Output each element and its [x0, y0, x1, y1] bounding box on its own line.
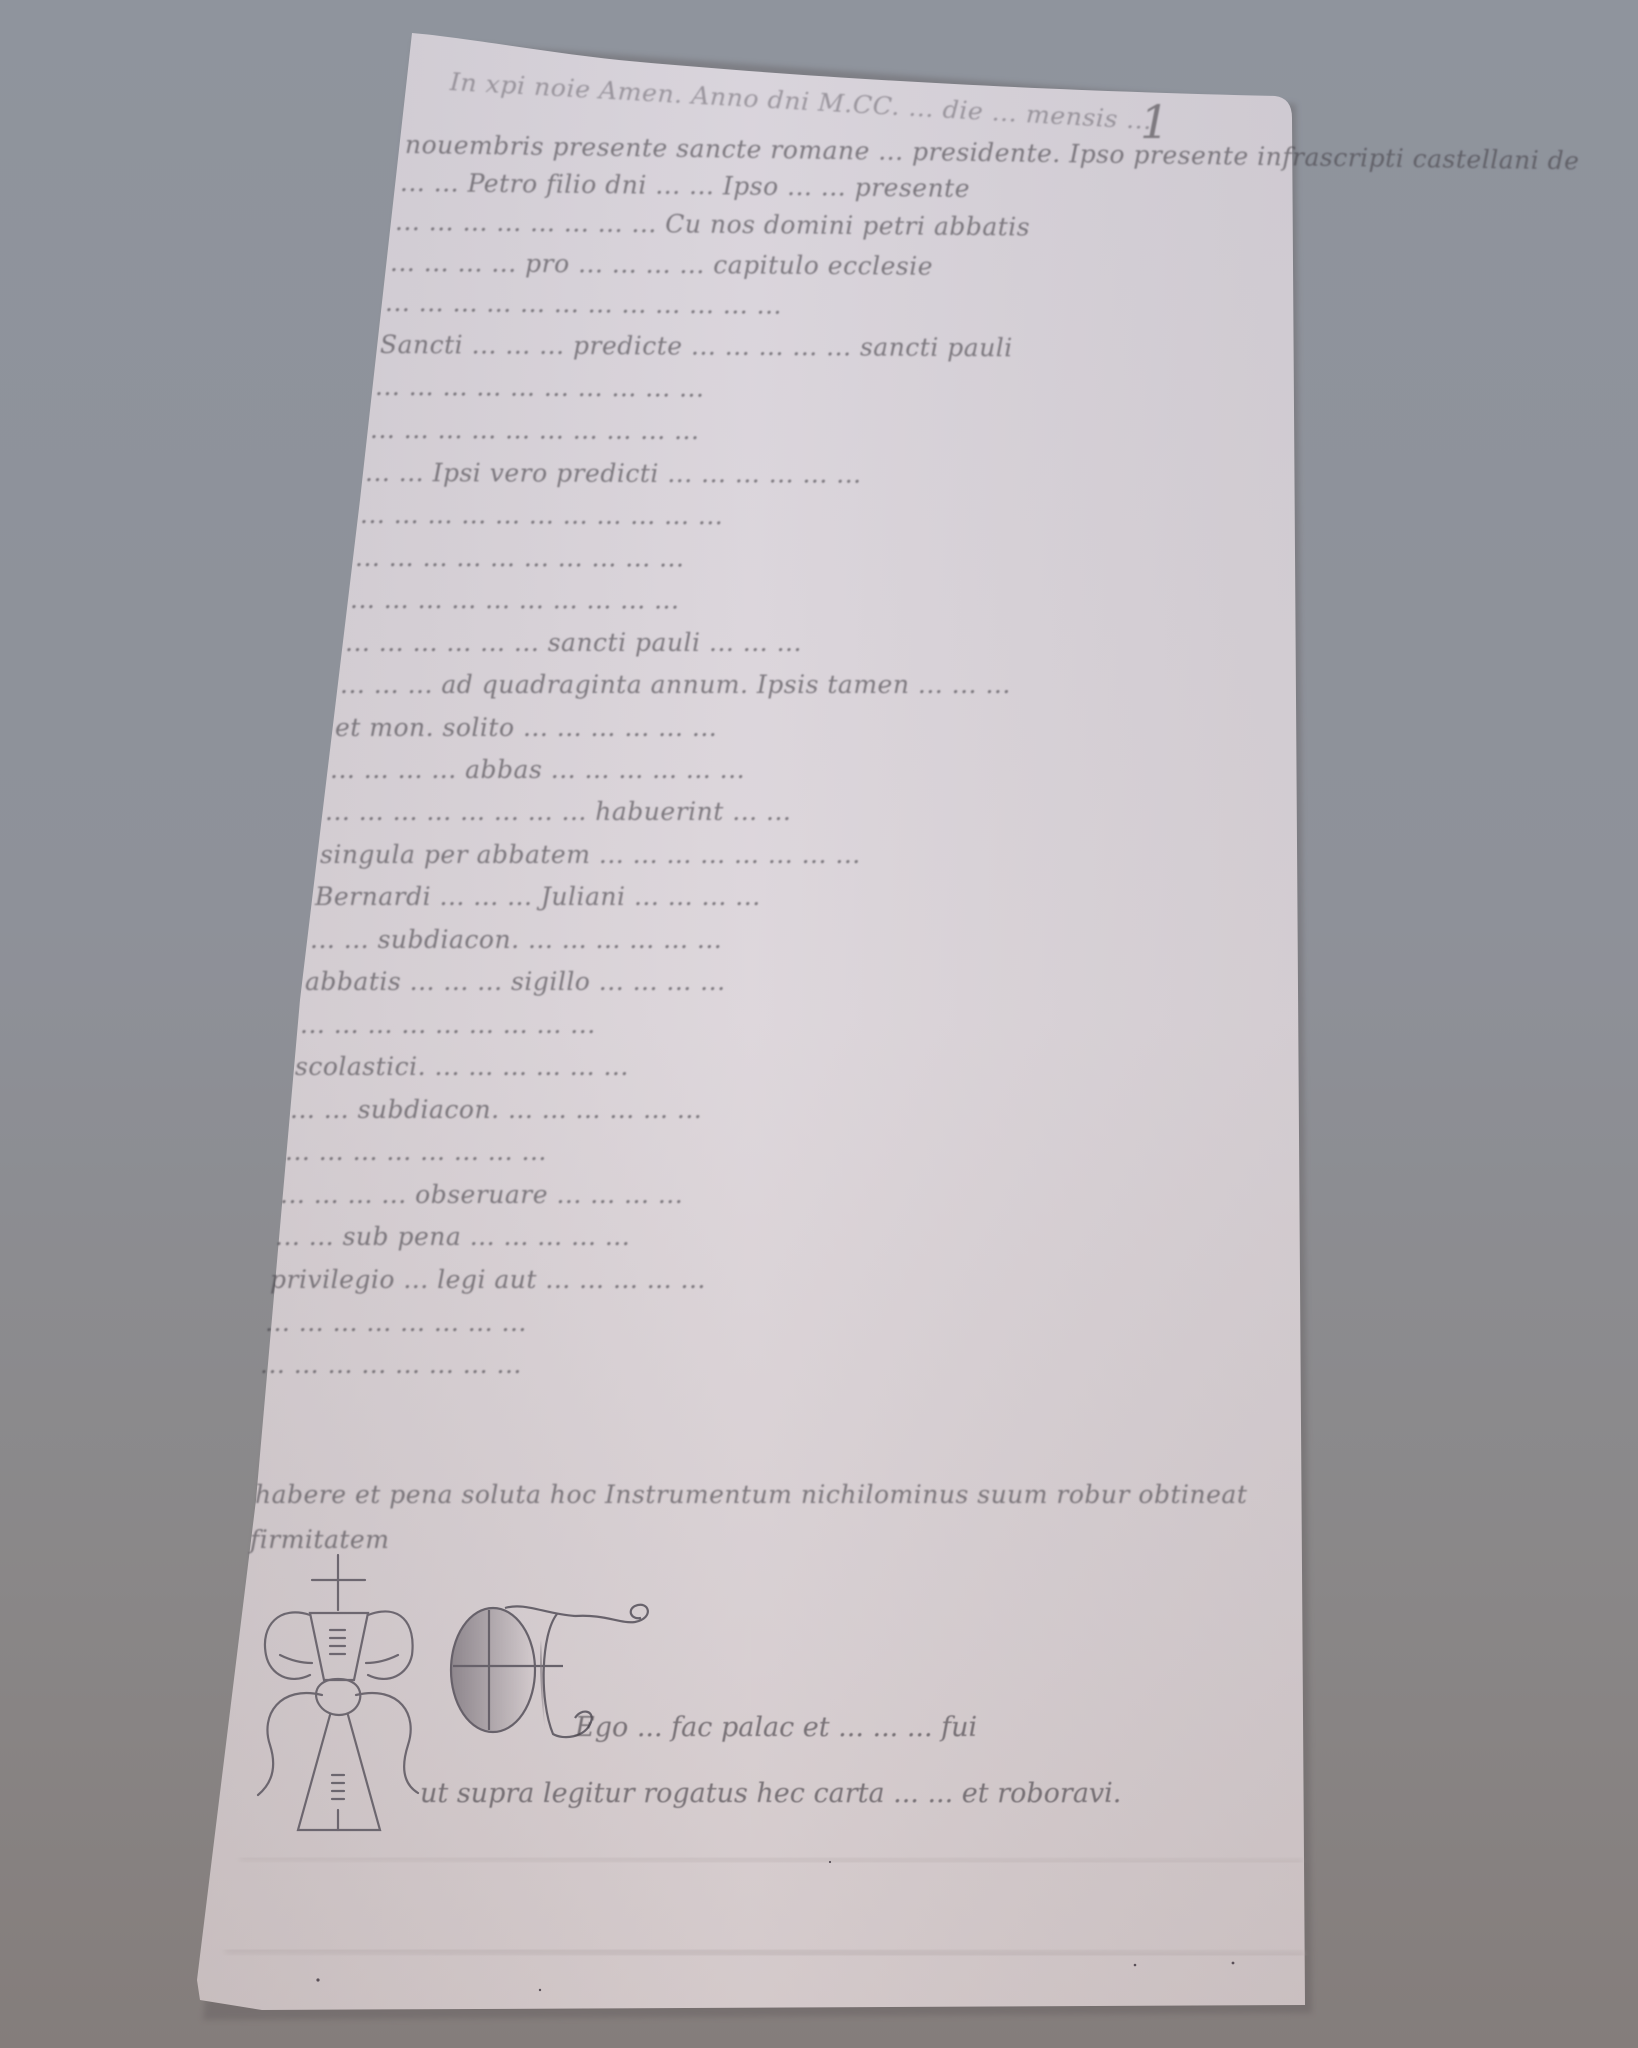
subscription-line-1: Ego ... fac palac et ... ... ... fui	[575, 1712, 977, 1743]
notarial-signum-drawing	[240, 1545, 430, 1845]
text-line: ... ... ... ... ... ... ... ... ... ...	[350, 585, 679, 615]
text-line: ... ... ... ad quadraginta annum. Ipsis …	[340, 670, 1011, 699]
text-line: ... ... ... ... ... ... ... ...	[265, 1308, 527, 1337]
subscription-line-2: ut supra legitur rogatus hec carta ... .…	[420, 1778, 1121, 1809]
text-line: habere et pena soluta hoc Instrumentum n…	[255, 1480, 1247, 1509]
text-line: ... ... sub pena ... ... ... ... ...	[275, 1222, 630, 1251]
text-line: ... ... subdiacon. ... ... ... ... ... .…	[310, 925, 722, 954]
text-line: ... ... ... ... ... ... ... ... Cu nos d…	[395, 207, 1030, 242]
text-line: Bernardi ... ... ... Juliani ... ... ...…	[315, 882, 761, 911]
text-line: ... ... ... ... pro ... ... ... ... capi…	[390, 248, 933, 281]
text-line: singula per abbatem ... ... ... ... ... …	[320, 840, 861, 869]
text-line: ... ... ... ... ... ... ... ... ... ...	[370, 415, 700, 445]
text-line: ... ... ... ... ... ... ... ... ... ... …	[385, 288, 782, 320]
text-line: ... ... ... ... ... ... ... ...	[260, 1350, 522, 1379]
text-line: ... ... ... ... ... ... ... ... habuerin…	[325, 797, 791, 826]
text-line: ... ... ... ... abbas ... ... ... ... ..…	[330, 755, 745, 784]
text-line: ... ... Ipsi vero predicti ... ... ... .…	[365, 458, 862, 489]
text-line: ... ... subdiacon. ... ... ... ... ... .…	[290, 1095, 702, 1124]
text-line: Sancti ... ... ... predicte ... ... ... …	[380, 330, 1013, 362]
text-line: privilegio ... legi aut ... ... ... ... …	[270, 1265, 706, 1294]
text-line: ... ... ... ... obseruare ... ... ... ..…	[280, 1180, 683, 1209]
header-line: In xpi noie Amen. Anno dni M.CC. ... die…	[449, 68, 1153, 135]
text-line: ... ... ... ... ... ... ... ... ... ... …	[360, 500, 723, 530]
text-line: ... ... ... ... ... ... ... ...	[285, 1137, 547, 1166]
text-line: ... ... ... ... ... ... ... ... ... ...	[355, 543, 684, 573]
text-line: ... ... ... ... ... ... ... ... ...	[300, 1010, 596, 1039]
text-line: ... ... ... ... ... ... ... ... ... ...	[375, 372, 705, 403]
text-line: ... ... Petro filio dni ... ... Ipso ...…	[400, 168, 970, 203]
text-line: scolastici. ... ... ... ... ... ...	[295, 1052, 629, 1081]
text-line: ... ... ... ... ... ... sancti pauli ...…	[345, 628, 802, 657]
text-line: et mon. solito ... ... ... ... ... ...	[335, 713, 717, 742]
text-line: abbatis ... ... ... sigillo ... ... ... …	[305, 967, 726, 996]
text-line: nouembris presente sancte romane ... pre…	[405, 130, 1580, 175]
photo-scene: 1 In xpi noie Amen. Anno dni M.CC. ... d…	[0, 0, 1638, 2048]
